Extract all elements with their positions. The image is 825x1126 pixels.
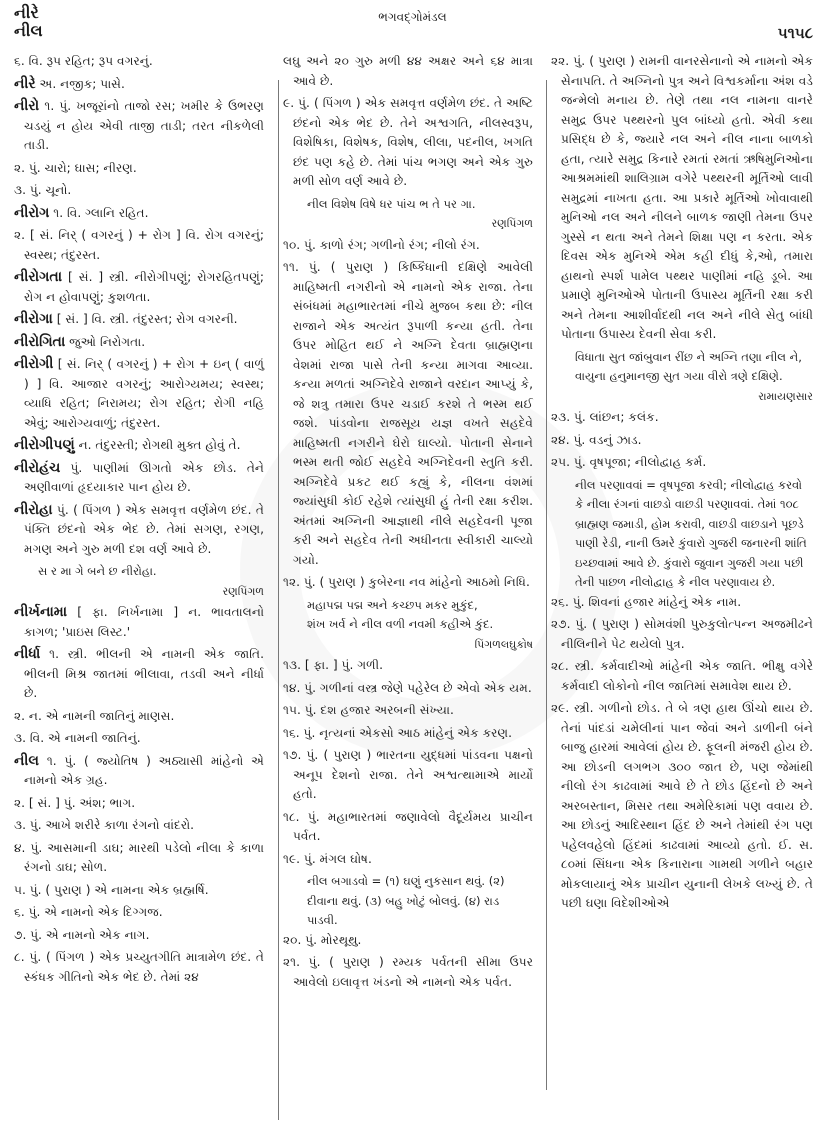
definition-text: રણપિંગળ [222,585,264,598]
quotation: વિધાતા સુત જાંબુવાન રીંછ ને અગ્નિ તણા ની… [551,348,813,387]
definition-text: ૧૯. પું. મંગલ ઘોષ. [283,852,372,866]
sense-definition: ૨૦. પું. મોરથૂથુ. [283,931,533,951]
definition-text: ૨૪. પું. વડનું ઝાડ. [551,433,642,447]
definition-text: પિંગળલઘુકોષ [475,638,533,651]
definition-text: ૩. પું. આખે શરીરે કાળા રંગનો વાંદરો. [14,818,194,832]
definition-text: ૨૩. પું. લાંછન; કલંક. [551,410,659,424]
sense-definition: ૩. પું. આખે શરીરે કાળા રંગનો વાંદરો. [14,816,264,836]
definition-text: ૩. પું. ચૂનો. [14,183,71,197]
column-divider-2 [546,80,547,1090]
sense-definition: ૬. વિ. રૂપ રહિત; રૂપ વગરનું. [14,52,264,72]
sense-definition: ૨૧. પું. ( પુરાણ ) રમ્યક પર્વતની સીમા ઉપ… [283,953,533,992]
definition-text: રણપિંગળ [491,217,533,230]
definition-text: ૭. પું. એ નામનો એક નાગ. [14,928,149,942]
definition-text: [ સં. નિર્ ( વગરનું ) + રોગ + ઇન્ ( વાળુ… [24,357,264,430]
sense-definition: ૧૮. પું. મહાભારતમાં જણાવેલો વૈદૂર્યમય પ્… [283,808,533,847]
sense-definition: ૨. ન. એ નામની જાતિનું માણસ. [14,707,264,727]
definition-text: ૧૦. પું. કાળો રંગ; ગળીનો રંગ; નીલો રંગ. [283,238,480,252]
headword: નીરોહંચ [14,460,60,476]
sense-definition: ૧૭. પું. ( પુરાણ ) ભારતના યુદ્ધમાં પાંડવ… [283,746,533,805]
column-1: ૬. વિ. રૂપ રહિત; રૂપ વગરનું.નીરે અ. નજીક… [14,52,264,990]
sense-definition: ૧૧. પું. ( પુરાણ ) કિષ્કિંધાની દક્ષિણે આ… [283,258,533,570]
definition-text: ૨. [ સં. નિર્ ( વગરનું ) + રોગ ] વિ. રોગ… [14,228,264,262]
headword: નીરો [14,98,39,114]
definition-text: પું. પાણીમાં ઊગતો એક છોડ. તેને અણીવાળાં … [24,461,264,495]
sense-definition: ૨૯. સ્ત્રી. ગળીનો છોડ. તે બે ત્રણ હાથ ઊં… [551,699,813,914]
dictionary-entry: નીરો ૧. પું. ખજૂરાંનો તાજો રસ; ખમીર કે ઉ… [14,97,264,156]
column-divider-1 [278,80,279,1120]
source-citation: પિંગળલઘુકોષ [283,635,533,655]
dictionary-entry: નીરોગા [ સં. ] વિ. સ્ત્રી. તંદુરસ્ત; રોગ… [14,310,264,330]
sense-definition: ૧૬. પું. નૃત્યનાં એકસો આઠ માંહેનું એક કર… [283,724,533,744]
definition-text: ૨૭. પું. ( પુરાણ ) સોમવંશી પુરુકુલોત્પન્… [551,617,813,651]
sense-definition: ૧૫. પું. દશ હજાર અરબની સંખ્યા. [283,701,533,721]
sense-definition: ૧૦. પું. કાળો રંગ; ગળીનો રંગ; નીલો રંગ. [283,236,533,256]
sense-definition: ૧૨. પું. ( પુરાણ ) કુબેરના નવ માંહેનો આઠ… [283,573,533,593]
definition-text: ૧૭. પું. ( પુરાણ ) ભારતના યુદ્ધમાં પાંડવ… [283,748,533,801]
sense-definition: ૨. પું. ચારો; ઘાસ; નીરણ. [14,159,264,179]
sense-definition: લઘુ અને ૨૦ ગુરુ મળી ૪૪ અક્ષર અને ૬૪ માત્… [283,52,533,91]
definition-text: ૨૫. પું. વૃષપૂજા; નીલોદ્વાહ કર્મ. [551,455,706,469]
headword: નીર્ધા [14,646,40,662]
definition-text: ૨૯. સ્ત્રી. ગળીનો છોડ. તે બે ત્રણ હાથ ઊં… [551,701,813,910]
sense-definition: ૨૮. સ્ત્રી. કર્મવાદીઓ માંહેની એક જાતિ. ભ… [551,657,813,696]
sense-definition: ૨૪. પું. વડનું ઝાડ. [551,431,813,451]
sense-definition: ૪. પું. આસમાની ડાઘ; મારથી પડેલો નીલા કે … [14,839,264,878]
sense-definition: ૮. પું. ( પિંગળ ) એક પ્રચ્યુતગીતિ માત્રા… [14,948,264,987]
quotation: શંખ ખર્વ ને નીલ વળી નવમી કહીએ કુંદ. [283,615,533,635]
sense-definition: ૬. પું. એ નામનો એક દિગ્ગજ. [14,903,264,923]
definition-text: ૧૩. [ ફા. ] પું. ગળી. [283,658,383,672]
sense-definition: ૨૫. પું. વૃષપૂજા; નીલોદ્વાહ કર્મ. [551,453,813,473]
definition-text: ૧. પું. ખજૂરાંનો તાજો રસ; ખમીર કે ઉભરણ ચ… [24,99,264,152]
definition-text: ૧૫. પું. દશ હજાર અરબની સંખ્યા. [283,703,454,717]
definition-text: ૧૬. પું. નૃત્યનાં એકસો આઠ માંહેનું એક કર… [283,726,512,740]
column-2: લઘુ અને ૨૦ ગુરુ મળી ૪૪ અક્ષર અને ૬૪ માત્… [283,52,533,995]
page-header: નીરે નીલ ભગવદ્ગોમંડલ ૫૧૫૮ [0,0,825,44]
headword: નીરોહા [14,502,53,518]
definition-text: ૧૧. પું. ( પુરાણ ) કિષ્કિંધાની દક્ષિણે આ… [283,260,533,567]
definition-text: ૯. પું. ( પિંગળ ) એક સમવૃત્ત વર્ણમેળ છંદ… [283,96,533,188]
headword: નીર્ખનામા [14,604,67,620]
quotation: સ ર મા ગે બને છ નીરોહા. [14,562,264,582]
definition-text: નીલ વિશેષ વિષે ધર પાંચ ભ તે પર ગા. [307,197,475,211]
sense-definition: ૨. [ સં. નિર્ ( વગરનું ) + રોગ ] વિ. રોગ… [14,226,264,265]
sense-definition: ૫. પું. ( પુરાણ ) એ નામના એક બ્રહ્મર્ષિ. [14,881,264,901]
definition-text: લઘુ અને ૨૦ ગુરુ મળી ૪૪ અક્ષર અને ૬૪ માત્… [283,54,533,88]
sense-definition: ૨૨. પું. ( પુરાણ ) રામની વાનરસેનાનો એ ના… [551,52,813,345]
sense-definition: ૨૩. પું. લાંછન; કલંક. [551,408,813,428]
source-citation: રામાયણસાર [551,387,813,407]
dictionary-entry: નીરોગી [ સં. નિર્ ( વગરનું ) + રોગ + ઇન્… [14,355,264,433]
definition-text: ૨૧. પું. ( પુરાણ ) રમ્યક પર્વતની સીમા ઉપ… [283,955,533,989]
headword: નીરે [14,76,36,92]
source-citation: રણપિંગળ [283,214,533,234]
definition-text: ૨. [ સં. ] પું. અંશ; ભાગ. [14,796,135,810]
dictionary-entry: નીર્ખનામા [ ફા. નિર્ખનામા ] ન. ભાવતાલનો … [14,603,264,642]
dictionary-title: ભગવદ્ગોમંડલ [0,10,825,25]
dictionary-entry: નીરોહા પું. ( પિંગળ ) એક સમવૃત્ત વર્ણમેળ… [14,501,264,560]
definition-text: ન. તંદુરસ્તી; રોગથી મુક્ત હોવું તે. [75,438,241,452]
headword: નીરોગિતા [14,334,65,350]
definition-text: ૧૪. પું. ગળીનાં વસ્ત્ર જેણે પહેરેલ છે એવ… [283,681,532,695]
definition-text: શંખ ખર્વ ને નીલ વળી નવમી કહીએ કુંદ. [307,617,493,631]
source-citation: રણપિંગળ [14,582,264,602]
dictionary-entry: નીરોગીપણું ન. તંદુરસ્તી; રોગથી મુક્ત હોવ… [14,436,264,456]
page-number: ૫૧૫૮ [778,24,813,42]
dictionary-entry: નીરોગતા [ સં. ] સ્ત્રી. નીરોગીપણું; રોગર… [14,268,264,307]
definition-text: ૬. વિ. રૂપ રહિત; રૂપ વગરનું. [14,54,153,68]
sense-definition: ૩. વિ. એ નામની જાતિનું. [14,729,264,749]
headword: નીરોગતા [14,269,62,285]
dictionary-entry: નીરોગ ૧. વિ. ગ્લાનિ રહિત. [14,204,264,224]
definition-text: રામાયણસાર [758,390,813,403]
sense-definition: ૨૭. પું. ( પુરાણ ) સોમવંશી પુરુકુલોત્પન્… [551,615,813,654]
sense-definition: ૧૪. પું. ગળીનાં વસ્ત્ર જેણે પહેરેલ છે એવ… [283,679,533,699]
dictionary-entry: નીરે અ. નજીક; પાસે. [14,75,264,95]
definition-text: અ. નજીક; પાસે. [36,77,125,91]
definition-text: ૨૬. પું. શિવનાં હજાર માંહેનું એક નામ. [551,595,741,609]
definition-text: ૨૦. પું. મોરથૂથુ. [283,933,361,947]
definition-text: નીલ બગાડવો = (૧) ઘણું નુકસાન થવું. (૨) દ… [307,874,504,927]
definition-text: પું. ( પિંગળ ) એક સમવૃત્ત વર્ણમેળ છંદ. ત… [24,503,264,556]
sense-definition: ૧૯. પું. મંગલ ઘોષ. [283,850,533,870]
sense-definition: ૨૬. પું. શિવનાં હજાર માંહેનું એક નામ. [551,593,813,613]
sense-definition: ૧૩. [ ફા. ] પું. ગળી. [283,656,533,676]
dictionary-entry: નીલ ૧. પું. ( જ્યોતિષ ) અઠ્યાસી માંહેનો … [14,752,264,791]
quotation: નીલ બગાડવો = (૧) ઘણું નુકસાન થવું. (૨) દ… [283,872,533,931]
column-3: ૨૨. પું. ( પુરાણ ) રામની વાનરસેનાનો એ ના… [551,52,813,917]
dictionary-entry: નીર્ધા ૧. સ્ત્રી. ભીલની એ નામની એક જાતિ.… [14,645,264,704]
sense-definition: ૩. પું. ચૂનો. [14,181,264,201]
definition-text: જુઓ નિરોગતા. [65,335,145,349]
dictionary-entry: નીરોગિતા જુઓ નિરોગતા. [14,333,264,353]
definition-text: ૩. વિ. એ નામની જાતિનું. [14,731,141,745]
headword: નીરોગીપણું [14,437,75,453]
dictionary-entry: નીરોહંચ પું. પાણીમાં ઊગતો એક છોડ. તેને અ… [14,459,264,498]
definition-text: ૮. પું. ( પિંગળ ) એક પ્રચ્યુતગીતિ માત્રા… [14,950,264,984]
sense-definition: ૭. પું. એ નામનો એક નાગ. [14,926,264,946]
definition-text: ૬. પું. એ નામનો એક દિગ્ગજ. [14,905,163,919]
headword: નીરોગ [14,205,49,221]
definition-text: ૧. વિ. ગ્લાનિ રહિત. [49,206,148,220]
definition-text: સ ર મા ગે બને છ નીરોહા. [38,564,157,578]
definition-text: ૧. પું. ( જ્યોતિષ ) અઠ્યાસી માંહેનો એ ના… [24,754,264,788]
definition-text: ૨. ન. એ નામની જાતિનું માણસ. [14,709,174,723]
definition-text: ૧૨. પું. ( પુરાણ ) કુબેરના નવ માંહેનો આઠ… [283,575,530,589]
definition-text: વિધાતા સુત જાંબુવાન રીંછ ને અગ્નિ તણા ની… [575,350,802,384]
quotation: નીલ પરણાવવાં = વૃષપૂજા કરવી; નીલોદ્વાહ ક… [551,476,813,593]
headword: નીલ [14,753,39,769]
definition-text: ૨. પું. ચારો; ઘાસ; નીરણ. [14,161,137,175]
definition-text: મહાપદ્મ પદ્મ અને કચ્છપ મકર મુકુંદ, [307,598,478,612]
definition-text: ૧૮. પું. મહાભારતમાં જણાવેલો વૈદૂર્યમય પ્… [283,810,533,844]
definition-text: ૨૮. સ્ત્રી. કર્મવાદીઓ માંહેની એક જાતિ. ભ… [551,659,813,693]
headword: નીરોગા [14,311,53,327]
definition-text: ૧. સ્ત્રી. ભીલની એ નામની એક જાતિ. ભીલની … [24,647,264,700]
headword: નીરોગી [14,356,53,372]
definition-text: ૨૨. પું. ( પુરાણ ) રામની વાનરસેનાનો એ ના… [551,54,813,341]
quotation: નીલ વિશેષ વિષે ધર પાંચ ભ તે પર ગા. [283,195,533,215]
definition-text: ૪. પું. આસમાની ડાઘ; મારથી પડેલો નીલા કે … [14,841,264,875]
definition-text: ૫. પું. ( પુરાણ ) એ નામના એક બ્રહ્મર્ષિ. [14,883,209,897]
quotation: મહાપદ્મ પદ્મ અને કચ્છપ મકર મુકુંદ, [283,596,533,616]
definition-text: નીલ પરણાવવાં = વૃષપૂજા કરવી; નીલોદ્વાહ ક… [575,478,807,590]
definition-text: [ સં. ] વિ. સ્ત્રી. તંદુરસ્ત; રોગ વગરની. [53,312,238,326]
sense-definition: ૯. પું. ( પિંગળ ) એક સમવૃત્ત વર્ણમેળ છંદ… [283,94,533,192]
sense-definition: ૨. [ સં. ] પું. અંશ; ભાગ. [14,794,264,814]
